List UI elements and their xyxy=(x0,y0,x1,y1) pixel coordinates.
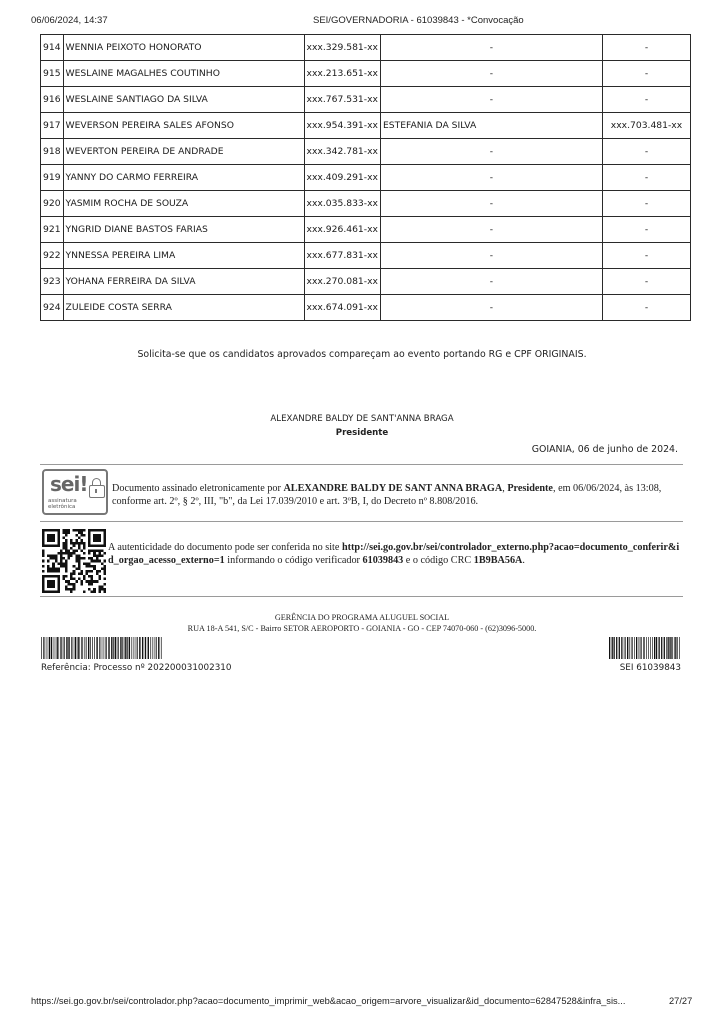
place-date: GOIANIA, 06 de junho de 2024. xyxy=(532,444,678,455)
dependent-name: - xyxy=(380,139,602,165)
dependent-cpf: xxx.703.481-xx xyxy=(602,113,690,139)
dependent-cpf: - xyxy=(602,295,690,321)
candidate-cpf: xxx.035.833-xx xyxy=(304,191,380,217)
candidate-name: YOHANA FERREIRA DA SILVA xyxy=(63,269,304,295)
candidate-cpf: xxx.954.391-xx xyxy=(304,113,380,139)
sei-logo-text: sei! xyxy=(50,472,87,496)
candidate-cpf: xxx.409.291-xx xyxy=(304,165,380,191)
row-number: 915 xyxy=(41,61,64,87)
row-number: 921 xyxy=(41,217,64,243)
dependent-cpf: - xyxy=(602,217,690,243)
sig-text-1: Documento assinado eletronicamente por xyxy=(112,483,283,494)
authenticity-block: A autenticidade do documento pode ser co… xyxy=(40,529,683,595)
row-number: 923 xyxy=(41,269,64,295)
row-number: 918 xyxy=(41,139,64,165)
dependent-cpf: - xyxy=(602,87,690,113)
sei-signature-logo: sei! assinaturaeletrônica xyxy=(42,469,108,515)
candidates-table: 914WENNIA PEIXOTO HONORATOxxx.329.581-xx… xyxy=(40,34,691,321)
candidate-name: YANNY DO CARMO FERREIRA xyxy=(63,165,304,191)
barcode-icon xyxy=(609,637,681,659)
row-number: 924 xyxy=(41,295,64,321)
crc-code: 1B9BA56A xyxy=(474,555,523,566)
candidate-name: YNNESSA PEREIRA LIMA xyxy=(63,243,304,269)
table-row: 915WESLAINE MAGALHES COUTINHOxxx.213.651… xyxy=(41,61,691,87)
signer-role: Presidente xyxy=(0,426,724,440)
dependent-name: - xyxy=(380,217,602,243)
dependent-name: - xyxy=(380,243,602,269)
candidate-name: YASMIM ROCHA DE SOUZA xyxy=(63,191,304,217)
auth-text-2: informando o código verificador xyxy=(225,555,363,566)
dependent-name: - xyxy=(380,35,602,61)
candidate-name: WESLAINE SANTIAGO DA SILVA xyxy=(63,87,304,113)
verifier-code: 61039843 xyxy=(363,555,404,566)
candidate-cpf: xxx.213.651-xx xyxy=(304,61,380,87)
candidate-name: YNGRID DIANE BASTOS FARIAS xyxy=(63,217,304,243)
candidate-cpf: xxx.329.581-xx xyxy=(304,35,380,61)
row-number: 914 xyxy=(41,35,64,61)
dependent-name: - xyxy=(380,295,602,321)
divider xyxy=(40,464,683,465)
qr-code-icon[interactable] xyxy=(42,529,106,593)
candidate-cpf: xxx.767.531-xx xyxy=(304,87,380,113)
print-header: 06/06/2024, 14:37 SEI/GOVERNADORIA - 610… xyxy=(0,15,724,29)
candidate-cpf: xxx.677.831-xx xyxy=(304,243,380,269)
electronic-signature-block: sei! assinaturaeletrônica Documento assi… xyxy=(40,468,683,516)
notice-text: Solicita-se que os candidatos aprovados … xyxy=(0,349,724,360)
dependent-cpf: - xyxy=(602,165,690,191)
sig-signer: ALEXANDRE BALDY DE SANT ANNA BRAGA xyxy=(283,483,502,494)
candidate-name: WENNIA PEIXOTO HONORATO xyxy=(63,35,304,61)
row-number: 916 xyxy=(41,87,64,113)
table-row: 918WEVERTON PEREIRA DE ANDRADExxx.342.78… xyxy=(41,139,691,165)
table-row: 924ZULEIDE COSTA SERRAxxx.674.091-xx-- xyxy=(41,295,691,321)
dependent-cpf: - xyxy=(602,269,690,295)
auth-text-1: A autenticidade do documento pode ser co… xyxy=(108,542,342,553)
dependent-cpf: - xyxy=(602,139,690,165)
auth-text-3: e o código CRC xyxy=(403,555,473,566)
row-number: 919 xyxy=(41,165,64,191)
dependent-name: - xyxy=(380,61,602,87)
candidate-name: WEVERTON PEREIRA DE ANDRADE xyxy=(63,139,304,165)
candidate-cpf: xxx.926.461-xx xyxy=(304,217,380,243)
dependent-name: - xyxy=(380,191,602,217)
footer-org-name: GERÊNCIA DO PROGRAMA ALUGUEL SOCIAL xyxy=(0,612,724,623)
print-doc-title: SEI/GOVERNADORIA - 61039843 - *Convocaçã… xyxy=(313,15,524,26)
candidate-cpf: xxx.342.781-xx xyxy=(304,139,380,165)
dependent-name: ESTEFANIA DA SILVA xyxy=(380,113,602,139)
dependent-name: - xyxy=(380,87,602,113)
table-row: 916WESLAINE SANTIAGO DA SILVAxxx.767.531… xyxy=(41,87,691,113)
barcode-icon xyxy=(41,637,163,659)
dependent-cpf: - xyxy=(602,61,690,87)
sei-number: SEI 61039843 xyxy=(620,663,681,673)
candidate-cpf: xxx.270.081-xx xyxy=(304,269,380,295)
print-url: https://sei.go.gov.br/sei/controlador.ph… xyxy=(31,996,625,1006)
candidate-cpf: xxx.674.091-xx xyxy=(304,295,380,321)
dependent-name: - xyxy=(380,269,602,295)
logo-sub-2: eletrônica xyxy=(48,504,75,510)
dependent-cpf: - xyxy=(602,35,690,61)
table-row: 920YASMIM ROCHA DE SOUZAxxx.035.833-xx-- xyxy=(41,191,691,217)
table-row: 914WENNIA PEIXOTO HONORATOxxx.329.581-xx… xyxy=(41,35,691,61)
page-number: 27/27 xyxy=(669,996,692,1006)
candidate-name: WEVERSON PEREIRA SALES AFONSO xyxy=(63,113,304,139)
process-reference: Referência: Processo nº 202200031002310 xyxy=(41,663,232,673)
dependent-cpf: - xyxy=(602,243,690,269)
sei-logo-subtitle: assinaturaeletrônica xyxy=(48,498,77,510)
table-row: 922YNNESSA PEREIRA LIMAxxx.677.831-xx-- xyxy=(41,243,691,269)
candidate-name: ZULEIDE COSTA SERRA xyxy=(63,295,304,321)
candidate-name: WESLAINE MAGALHES COUTINHO xyxy=(63,61,304,87)
row-number: 922 xyxy=(41,243,64,269)
table-row: 919YANNY DO CARMO FERREIRAxxx.409.291-xx… xyxy=(41,165,691,191)
dependent-cpf: - xyxy=(602,191,690,217)
lock-icon xyxy=(89,485,105,498)
footer-organization: GERÊNCIA DO PROGRAMA ALUGUEL SOCIAL RUA … xyxy=(0,612,724,634)
signature-text: Documento assinado eletronicamente por A… xyxy=(112,482,687,508)
row-number: 920 xyxy=(41,191,64,217)
divider xyxy=(40,521,683,522)
dependent-name: - xyxy=(380,165,602,191)
authenticity-text: A autenticidade do documento pode ser co… xyxy=(108,541,683,567)
print-datetime: 06/06/2024, 14:37 xyxy=(31,15,108,26)
table-row: 921YNGRID DIANE BASTOS FARIASxxx.926.461… xyxy=(41,217,691,243)
signer-block: ALEXANDRE BALDY DE SANT'ANNA BRAGA Presi… xyxy=(0,412,724,440)
divider xyxy=(40,596,683,597)
auth-text-4: . xyxy=(522,555,525,566)
table-row: 923YOHANA FERREIRA DA SILVAxxx.270.081-x… xyxy=(41,269,691,295)
sig-role: Presidente xyxy=(507,483,553,494)
row-number: 917 xyxy=(41,113,64,139)
table-row: 917WEVERSON PEREIRA SALES AFONSOxxx.954.… xyxy=(41,113,691,139)
signer-name: ALEXANDRE BALDY DE SANT'ANNA BRAGA xyxy=(0,412,724,426)
footer-org-address: RUA 18-A 541, S/C - Bairro SETOR AEROPOR… xyxy=(0,623,724,634)
